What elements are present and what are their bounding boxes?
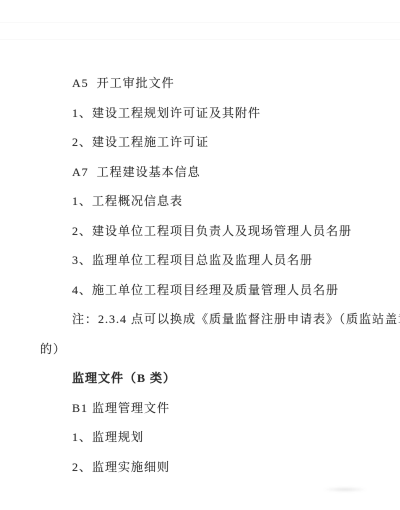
- section-heading-a5: A5 开工审批文件: [40, 69, 380, 99]
- section-heading-a7: A7 工程建设基本信息: [40, 158, 380, 188]
- document-screenshot: A5 开工审批文件 1、建设工程规划许可证及其附件 2、建设工程施工许可证 A7…: [0, 0, 400, 510]
- section-heading-b-class: 监理文件（B 类）: [40, 364, 380, 394]
- list-item: 1、监理规划: [40, 423, 380, 453]
- list-item: 4、施工单位工程项目经理及质量管理人员名册: [40, 276, 380, 306]
- section-heading-b1: B1 监理管理文件: [40, 394, 380, 424]
- list-item: 2、监理实施细则: [40, 453, 380, 483]
- document-page: A5 开工审批文件 1、建设工程规划许可证及其附件 2、建设工程施工许可证 A7…: [0, 0, 400, 510]
- note-line: 注：2.3.4 点可以换成《质量监督注册申请表》（质监站盖章: [40, 305, 380, 335]
- list-item: 1、建设工程规划许可证及其附件: [40, 99, 380, 129]
- list-item: 2、建设单位工程项目负责人及现场管理人员名册: [40, 217, 380, 247]
- list-item: 3、监理单位工程项目总监及监理人员名册: [40, 246, 380, 276]
- note-continuation-line: 的）: [40, 335, 380, 365]
- list-item: 1、工程概况信息表: [40, 187, 380, 217]
- list-item: 2、建设工程施工许可证: [40, 128, 380, 158]
- scan-artifact-smudge: [322, 487, 368, 492]
